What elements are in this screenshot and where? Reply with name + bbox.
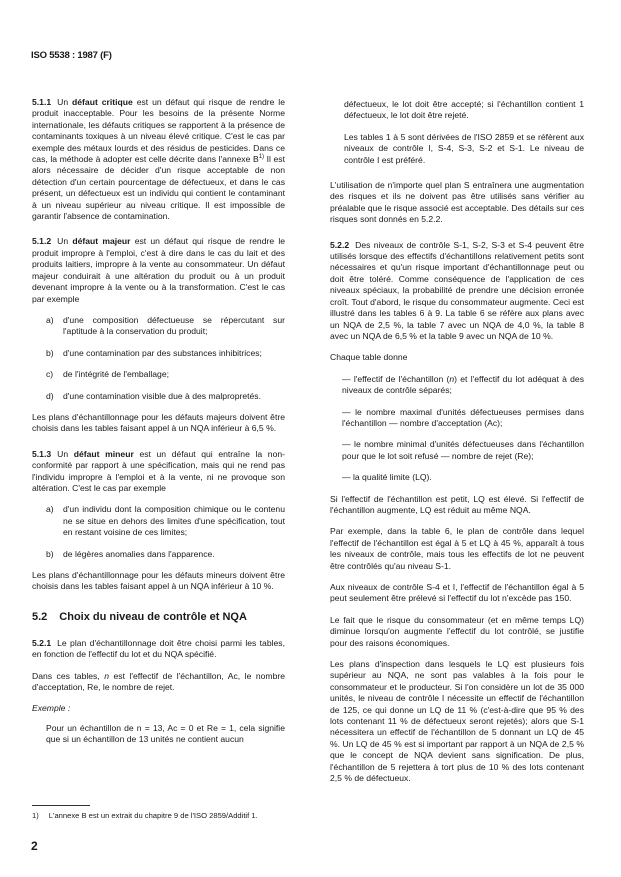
- clause-5-1-2: 5.1.2Un défaut majeur est un défaut qui …: [32, 236, 285, 304]
- clause-5-2-2: 5.2.2Des niveaux de contrôle S-1, S-2, S…: [330, 240, 584, 343]
- clause-text: Des niveaux de contrôle S-1, S-2, S-3 et…: [330, 240, 584, 341]
- right-column: défectueux, le lot doit être accepté; si…: [330, 99, 584, 795]
- page-number: 2: [31, 841, 38, 852]
- clause-number: 5.1.2: [32, 236, 51, 246]
- list-text: d'une composition défectueuse se répercu…: [63, 315, 285, 338]
- list-label: c): [46, 369, 63, 380]
- list-label: a): [46, 315, 63, 338]
- clause-number: 5.2.2: [330, 240, 349, 250]
- list-item: c)de l'intégrité de l'emballage;: [46, 369, 285, 380]
- list-item: b)d'une contamination par des substances…: [46, 348, 285, 359]
- list-text: de l'intégrité de l'emballage;: [63, 369, 285, 380]
- dash-text: — l'effectif de l'échantillon (: [342, 374, 449, 384]
- document-header: ISO 5538 : 1987 (F): [31, 50, 112, 61]
- clause-text: Un: [57, 236, 72, 246]
- paragraph: Dans ces tables, n est l'effectif de l'é…: [32, 671, 285, 694]
- clause-5-1-3: 5.1.3Un défaut mineur est un défaut qui …: [32, 449, 285, 495]
- section-number: 5.2: [32, 611, 47, 623]
- dash-item: — le nombre minimal d'unités défectueuse…: [342, 439, 584, 462]
- example-label: Exemple :: [32, 703, 285, 714]
- footnote-divider: [32, 805, 90, 806]
- clause-5-2-1: 5.2.1Le plan d'échantillonnage doit être…: [32, 638, 285, 661]
- clause-text: Un: [57, 97, 72, 107]
- footnote-text: L'annexe B est un extrait du chapitre 9 …: [49, 811, 258, 820]
- list-label: a): [46, 504, 63, 538]
- list-item: d)d'une contamination visible due à des …: [46, 391, 285, 402]
- left-column: 5.1.1Un défaut critique est un défaut qu…: [32, 97, 285, 756]
- paragraph: Si l'effectif de l'échantillon est petit…: [330, 494, 584, 517]
- list-item: a)d'un individu dont la composition chim…: [46, 504, 285, 538]
- example-continuation: défectueux, le lot doit être accepté; si…: [344, 99, 584, 122]
- paragraph: Les tables 1 à 5 sont dérivées de l'ISO …: [344, 132, 584, 166]
- dash-item: — le nombre maximal d'unités défectueuse…: [342, 407, 584, 430]
- list-label: b): [46, 549, 63, 560]
- list-text: de légères anomalies dans l'apparence.: [63, 549, 285, 560]
- section-heading-5-2: 5.2Choix du niveau de contrôle et NQA: [32, 611, 285, 624]
- example-text: Pour un échantillon de n = 13, Ac = 0 et…: [46, 723, 285, 746]
- dash-item: — l'effectif de l'échantillon (n) et l'e…: [342, 374, 584, 397]
- clause-number: 5.2.1: [32, 638, 51, 648]
- defined-term: défaut critique: [72, 97, 133, 107]
- list-text: d'une contamination visible due à des ma…: [63, 391, 285, 402]
- paragraph-text: Dans ces tables,: [32, 671, 104, 681]
- list-label: d): [46, 391, 63, 402]
- clause-5-1-1: 5.1.1Un défaut critique est un défaut qu…: [32, 97, 285, 222]
- paragraph: Aux niveaux de contrôle S-4 et I, l'effe…: [330, 582, 584, 605]
- clause-text: est un défaut qui risque de rendre le pr…: [32, 97, 285, 164]
- dash-item: — la qualité limite (LQ).: [342, 472, 584, 483]
- paragraph: Le fait que le risque du consommateur (e…: [330, 615, 584, 649]
- paragraph: Chaque table donne: [330, 352, 584, 363]
- paragraph: Par exemple, dans la table 6, le plan de…: [330, 526, 584, 572]
- paragraph: L'utilisation de n'importe quel plan S e…: [330, 180, 584, 226]
- list-text: d'un individu dont la composition chimiq…: [63, 504, 285, 538]
- defined-term: défaut majeur: [72, 236, 130, 246]
- section-title: Choix du niveau de contrôle et NQA: [59, 611, 247, 623]
- clause-text: Un: [57, 449, 74, 459]
- clause-text: est un défaut qui risque de rendre le pr…: [32, 236, 285, 303]
- clause-text: Le plan d'échantillonnage doit être choi…: [32, 638, 285, 659]
- list-text: d'une contamination par des substances i…: [63, 348, 285, 359]
- paragraph: Les plans d'inspection dans lesquels le …: [330, 659, 584, 784]
- footnote: 1)L'annexe B est un extrait du chapitre …: [32, 810, 258, 821]
- list-item: a)d'une composition défectueuse se réper…: [46, 315, 285, 338]
- paragraph: Les plans d'échantillonnage pour les déf…: [32, 412, 285, 435]
- list-item: b)de légères anomalies dans l'apparence.: [46, 549, 285, 560]
- paragraph: Les plans d'échantillonnage pour les déf…: [32, 570, 285, 593]
- defined-term: défaut mineur: [74, 449, 134, 459]
- footnote-number: 1): [32, 811, 39, 820]
- clause-number: 5.1.3: [32, 449, 51, 459]
- clause-number: 5.1.1: [32, 97, 51, 107]
- list-label: b): [46, 348, 63, 359]
- clause-text: Il est alors nécessaire de décider d'un …: [32, 154, 285, 221]
